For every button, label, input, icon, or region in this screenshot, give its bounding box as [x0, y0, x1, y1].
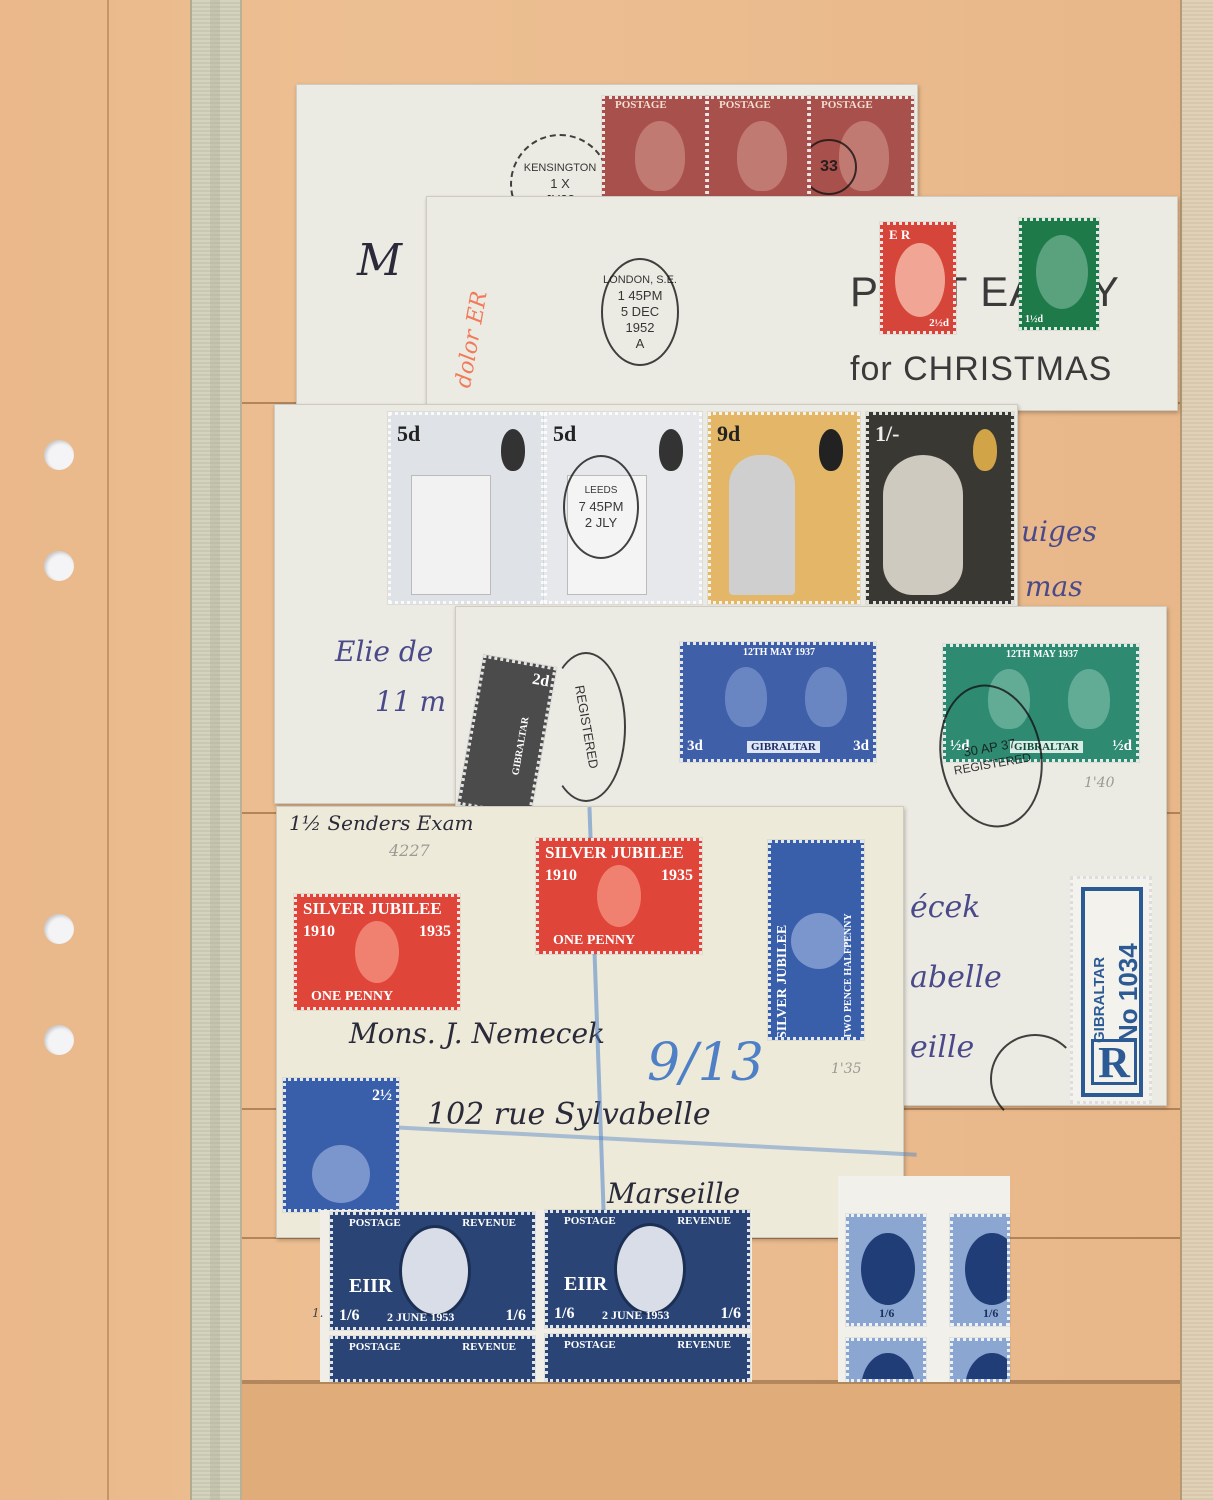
- queen-portrait: [895, 243, 945, 317]
- silver-jubilee-1d-stamp: SILVER JUBILEE 1910 1935 ONE PENNY: [536, 838, 702, 954]
- celtic-cross-image: [729, 455, 795, 595]
- queen-elizabeth-portrait: [725, 667, 767, 727]
- wilding-1-6-stamp: [846, 1338, 926, 1382]
- queen-elizabeth-portrait: [614, 1223, 686, 1315]
- king-george-v-portrait: [312, 1145, 370, 1203]
- investiture-5d-stamp: 5d LEEDS 7 45PM 2 JLY: [544, 412, 702, 604]
- wilding-1-6-stamp: [950, 1338, 1010, 1382]
- pencil-note: 1'40: [1084, 775, 1115, 791]
- castle-image: [411, 475, 491, 595]
- king-george-vi-portrait: [1068, 669, 1110, 729]
- king-george-v-portrait: [597, 865, 641, 927]
- punch-hole: [44, 914, 74, 944]
- punch-hole: [44, 1025, 74, 1055]
- penny-red-stamp: POSTAGE: [706, 96, 810, 200]
- penny-red-stamp: POSTAGE: [602, 96, 708, 200]
- wilding-2-half-d-stamp: E R 2½d: [880, 222, 956, 334]
- queen-victoria-portrait: [635, 121, 685, 191]
- queen-portrait: [1036, 235, 1088, 309]
- handwriting: écek: [910, 890, 981, 925]
- wilding-1-half-d-stamp: 1½d: [1019, 218, 1099, 330]
- penny-red-stamp: POSTAGE 33: [808, 96, 914, 200]
- queen-silhouette: [819, 429, 843, 471]
- handwriting-senders: 1½ Senders Exam: [289, 811, 473, 835]
- queen-silhouette: [659, 429, 683, 471]
- registered-r-mark: R: [1091, 1039, 1137, 1085]
- king-george-v-portrait: [791, 913, 847, 969]
- coronation-1-6-stamp: POSTAGE REVENUE EIIR 1/6 2 JUNE 1953 1/6: [330, 1212, 535, 1330]
- address-line: 102 rue Sylvabelle: [427, 1097, 711, 1132]
- album-pocket-strip: [242, 1382, 1180, 1500]
- pencil-note: 1'35: [831, 1061, 862, 1077]
- postmark-leeds: LEEDS 7 45PM 2 JLY: [563, 455, 639, 559]
- queen-victoria-portrait: [737, 121, 787, 191]
- king-george-v-portrait: [355, 921, 399, 983]
- prince-charles-portrait: [883, 455, 963, 595]
- silver-jubilee-2-half-d-stamp: SILVER JUBILEE TWO PENCE HALFPENNY: [768, 840, 864, 1040]
- margin-mark: 1.: [312, 1306, 323, 1320]
- handwriting: 11 m: [375, 685, 446, 718]
- coronation-1-6-stamp: POSTAGE REVENUE: [330, 1336, 535, 1382]
- silver-jubilee-2-half-d-stamp: 2½: [283, 1078, 399, 1212]
- king-george-vi-portrait: [805, 667, 847, 727]
- queen-portrait: [965, 1233, 1010, 1305]
- coronation-1-6-stamp: POSTAGE REVENUE EIIR 1/6 2 JUNE 1953 1/6: [545, 1210, 750, 1328]
- pencil-note: 4227: [389, 841, 430, 860]
- handwriting: mas: [1025, 570, 1083, 603]
- red-handwriting: dolor ER: [451, 289, 493, 390]
- handwriting: Elie de: [335, 635, 433, 668]
- investiture-1s-stamp: 1/-: [866, 412, 1014, 604]
- wilding-1-6-stamp: 1/6: [846, 1214, 926, 1326]
- registration-label: R GIBRALTAR No 1034: [1070, 876, 1152, 1104]
- right-hinge: [1180, 0, 1213, 1500]
- handwriting: abelle: [910, 960, 1002, 995]
- handwriting: uiges: [1021, 515, 1097, 548]
- gibraltar-postmark: [990, 1034, 1080, 1124]
- queen-silhouette: [501, 429, 525, 471]
- investiture-5d-stamp: 5d: [388, 412, 544, 604]
- handwriting: M: [357, 235, 402, 286]
- investiture-9d-stamp: 9d: [708, 412, 860, 604]
- address-line: Mons. J. Nemecek: [349, 1017, 605, 1050]
- binding-hinge: [190, 0, 242, 1500]
- punch-hole: [44, 551, 74, 581]
- queen-silhouette-gold: [973, 429, 997, 471]
- coronation-1-6-stamp: POSTAGE REVENUE: [545, 1334, 750, 1382]
- registered-postmark: REGISTERED: [546, 652, 626, 802]
- gibraltar-3d-stamp: 12TH MAY 1937 3d GIBRALTAR 3d: [680, 642, 876, 762]
- slogan-for-christmas: for CHRISTMAS: [850, 350, 1112, 389]
- silver-jubilee-1d-stamp: SILVER JUBILEE 1910 1935 ONE PENNY: [294, 894, 460, 1010]
- blue-crayon-note: 9/13: [647, 1033, 764, 1093]
- punch-hole: [44, 440, 74, 470]
- queen-portrait: [861, 1233, 915, 1305]
- wilding-1-6-stamp: 1/6: [950, 1214, 1010, 1326]
- registration-place: GIBRALTAR: [1091, 957, 1108, 1043]
- address-line: Marseille: [607, 1177, 740, 1210]
- page-crease: [107, 0, 109, 1500]
- queen-elizabeth-portrait: [399, 1225, 471, 1317]
- handwriting: eille: [910, 1030, 974, 1065]
- postmark-london: LONDON, S.E. 1 45PM 5 DEC 1952 A: [601, 258, 679, 366]
- album-page: M KENSINGTON 1 X JY23 POSTAGE POSTAGE PO…: [0, 0, 1213, 1500]
- registration-number: No 1034: [1113, 943, 1144, 1043]
